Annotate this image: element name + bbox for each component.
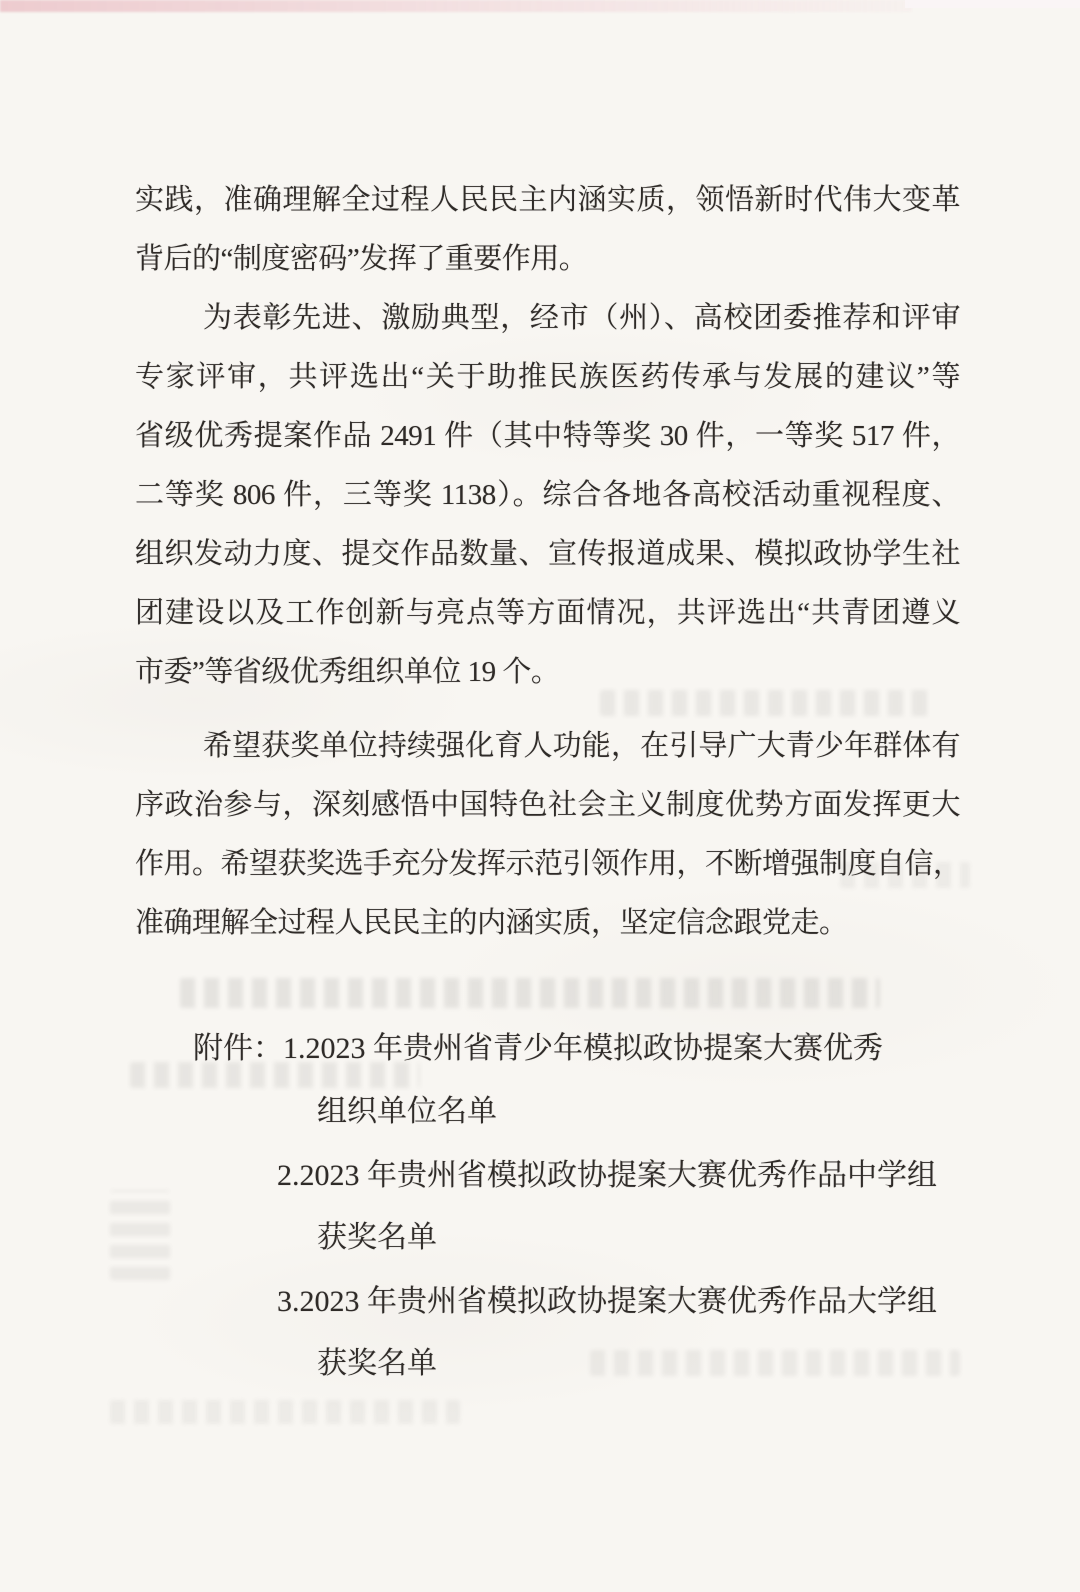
body-line-10: 希望获奖单位持续强化育人功能，在引导广大青少年群体有: [203, 726, 960, 766]
body-line-01: 实践，准确理解全过程人民民主内涵实质，领悟新时代伟大变革: [135, 180, 960, 220]
scanner-band-gap: [905, 0, 1080, 8]
body-line-12: 作用。希望获奖选手充分发挥示范引领作用，不断增强制度自信，: [135, 844, 960, 884]
attachment-item-1-continuation: 组织单位名单: [317, 1092, 497, 1132]
body-line-03: 为表彰先进、激励典型，经市（州）、高校团委推荐和评审: [203, 298, 960, 338]
attachment-item-3-continuation: 获奖名单: [317, 1344, 437, 1384]
body-line-08: 团建设以及工作创新与亮点等方面情况，共评选出“共青团遵义: [135, 593, 960, 633]
attachment-label-item-1: 附件：1.2023 年贵州省青少年模拟政协提案大赛优秀: [193, 1029, 883, 1069]
scanned-document-page: 实践，准确理解全过程人民民主内涵实质，领悟新时代伟大变革 背后的“制度密码”发挥…: [0, 0, 1080, 1592]
bleed-through-artifact: [600, 690, 930, 716]
body-line-07: 组织发动力度、提交作品数量、宣传报道成果、模拟政协学生社: [135, 534, 960, 574]
attachment-item-2: 2.2023 年贵州省模拟政协提案大赛优秀作品中学组: [277, 1156, 937, 1196]
body-line-11: 序政治参与，深刻感悟中国特色社会主义制度优势方面发挥更大: [135, 785, 960, 825]
bleed-through-artifact: [590, 1350, 960, 1376]
attachment-item-3: 3.2023 年贵州省模拟政协提案大赛优秀作品大学组: [277, 1282, 937, 1322]
bleed-through-artifact: [110, 1400, 460, 1424]
body-line-05: 省级优秀提案作品 2491 件（其中特等奖 30 件，一等奖 517 件，: [135, 416, 960, 456]
body-line-09: 市委”等省级优秀组织单位 19 个。: [135, 652, 559, 692]
body-line-04: 专家评审，共评选出“关于助推民族医药传承与发展的建议”等: [135, 357, 960, 397]
bleed-through-artifact: [110, 1190, 170, 1280]
scanner-pink-band: [0, 0, 912, 12]
attachment-item-2-continuation: 获奖名单: [317, 1218, 437, 1258]
body-line-02: 背后的“制度密码”发挥了重要作用。: [135, 239, 587, 279]
bleed-through-artifact: [180, 978, 880, 1008]
body-line-06: 二等奖 806 件，三等奖 1138）。综合各地各高校活动重视程度、: [135, 475, 960, 515]
body-line-13: 准确理解全过程人民民主的内涵实质，坚定信念跟党走。: [135, 903, 848, 943]
